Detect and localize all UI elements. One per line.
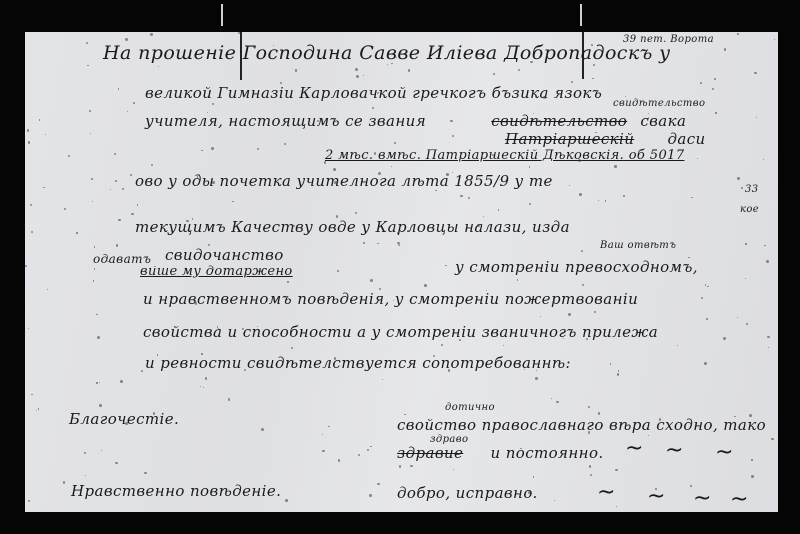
paper-speck [115,462,117,464]
superscript-insert: дотично [445,402,495,413]
manuscript-page: 39 пет. Ворота На прошенiе Господина Сав… [25,32,778,512]
paper-speck [492,154,494,156]
paper-speck [600,268,601,269]
paper-speck [377,243,379,245]
paper-speck [118,219,121,222]
paper-speck [337,270,339,272]
paper-speck [25,265,27,267]
paper-speck [153,412,155,414]
paper-speck [741,187,743,189]
paper-speck [529,166,530,167]
paper-speck [120,380,123,383]
paper-speck [408,69,410,71]
paper-speck [680,136,681,137]
mounting-pin [580,4,582,26]
paper-speck [410,465,413,468]
paper-speck [503,345,504,346]
paper-speck [391,166,392,167]
paper-speck [363,242,365,244]
paper-speck [363,75,364,76]
paper-speck [767,336,770,339]
paper-speck [593,64,595,66]
paper-speck [746,323,748,325]
paper-speck [616,506,617,507]
paper-speck [64,208,66,210]
paper-speck [445,265,446,266]
paper-speck [724,48,727,51]
paper-speck [84,452,86,454]
paper-speck [127,111,128,112]
paper-speck [131,213,134,216]
paper-speck [701,297,703,299]
paper-speck [543,96,546,99]
paper-speck [369,494,372,497]
paper-speck [31,394,33,396]
paper-speck [521,267,522,268]
text-line-7: текущимъ Качеству овде у Карловцы налази… [135,218,570,236]
paper-speck [201,150,203,152]
paper-speck [705,284,707,286]
paper-speck [581,250,583,252]
struck-text: здравие [397,444,463,462]
paper-speck [533,476,534,477]
paper-speck [424,284,427,287]
paper-speck [529,203,531,205]
paper-speck [766,260,769,263]
paper-speck [391,63,393,65]
paper-speck [677,345,678,346]
paper-speck [446,173,449,176]
paper-speck [598,200,600,202]
filler-tilde: ~ [715,440,733,465]
paper-speck [238,32,240,34]
paper-speck [90,133,91,134]
paper-speck [655,488,657,490]
paper-speck [115,180,117,182]
superscript-insert: кое [740,204,759,215]
paper-speck [483,216,484,217]
paper-speck [768,347,769,348]
paper-speck [285,499,288,502]
paper-speck [338,459,340,461]
paper-speck [125,422,127,424]
text-line-1: На прошенiе Господина Савве Илiева Добро… [103,42,671,64]
paper-speck [554,500,555,501]
paper-speck [756,117,757,118]
paper-speck [284,143,286,145]
paper-speck [150,33,153,36]
paper-speck [99,382,101,384]
paper-speck [200,386,202,388]
paper-speck [453,469,454,470]
paper-speck [614,165,616,167]
text-line-8: свидочанство [165,246,284,264]
paper-speck [228,398,231,401]
paper-speck [291,347,293,349]
paper-speck [118,88,119,89]
paper-speck [714,78,715,79]
paper-speck [737,33,739,35]
paper-speck [610,363,611,364]
paper-speck [774,39,775,40]
paper-speck [96,382,97,383]
paper-speck [712,88,714,90]
paper-speck [205,377,207,379]
paper-speck [723,337,726,340]
paper-speck [394,142,396,144]
paper-speck [571,81,573,83]
paper-speck [592,78,594,80]
paper-speck [763,159,764,160]
paper-speck [586,338,588,340]
paper-speck [358,454,360,456]
text-segment: учителя, настоящимъ се звания [145,112,426,130]
paper-speck [764,245,765,246]
paper-speck [706,318,708,320]
text-line-10: свойства и способности а у смотренiи зва… [143,323,658,341]
paper-speck [39,119,41,121]
paper-speck [91,178,93,180]
paper-speck [737,177,740,180]
paper-speck [208,244,210,246]
paper-speck [771,438,774,441]
paper-speck [133,102,135,104]
paper-speck [322,434,323,435]
paper-speck [257,148,259,150]
filler-tilde: ~ [693,486,711,511]
paper-speck [322,450,324,452]
paper-speck [47,289,49,291]
text-line-9: и нравственномъ повѣденiя, у смотренiи п… [143,290,638,308]
paper-speck [372,107,374,109]
paper-speck [382,379,384,381]
paper-speck [232,201,234,203]
paper-speck [754,72,757,75]
paper-speck [28,500,30,502]
section-text-conduct: добро, исправнo. [397,484,538,502]
paper-speck [459,339,461,341]
paper-speck [203,387,204,388]
paper-speck [28,328,29,329]
paper-speck [97,336,100,339]
section-label-conduct: Нравственно повѣденiе. [71,482,281,500]
text-line-4: Патрiаршескiй даси [505,130,706,148]
filler-tilde: ~ [730,487,748,512]
paper-speck [99,404,102,407]
paper-speck [707,286,708,287]
paper-speck [374,152,377,155]
paper-speck [333,168,336,171]
paper-speck [38,408,40,410]
paper-speck [355,212,357,214]
section-label-piety: Благочестiе. [69,410,179,428]
paper-speck [355,68,358,71]
paper-speck [68,155,70,157]
paper-speck [518,69,520,71]
paper-speck [468,197,470,199]
paper-speck [158,66,159,67]
section-text-piety: свойство православнаго вѣра сходно, тако [397,416,766,434]
paper-speck [277,298,279,300]
paper-speck [615,469,617,471]
paper-speck [556,401,558,403]
paper-speck [43,187,45,189]
paper-speck [157,354,159,356]
paper-speck [579,193,582,196]
text-line-5: 2 мѣс. вмѣс. Патрiаршескiй Дѣковскiя. об… [325,148,685,163]
paper-speck [141,370,143,372]
paper-speck [209,90,211,92]
paper-speck [435,190,436,191]
paper-speck [137,204,139,206]
paper-speck [92,201,93,202]
paper-speck [605,200,607,202]
paper-speck [45,134,47,136]
paper-speck [569,185,570,186]
paper-speck [533,113,534,114]
paper-speck [441,344,443,346]
paper-speck [715,112,716,113]
paper-speck [591,44,593,46]
paper-speck [745,278,746,279]
paper-speck [151,164,153,166]
paper-speck [498,209,500,211]
paper-speck [450,120,453,123]
mounting-pin [221,4,223,26]
paper-speck [448,369,450,371]
paper-speck [697,158,698,159]
text-segment: даси [667,130,705,148]
paper-speck [85,475,86,476]
paper-speck [528,491,531,494]
paper-speck [334,181,337,184]
paper-speck [144,472,146,474]
filler-tilde: ~ [625,436,643,461]
paper-speck [648,435,649,436]
paper-speck [623,195,625,197]
paper-speck [122,188,124,190]
paper-speck [36,410,37,411]
paper-speck [617,373,620,376]
paper-speck [356,75,359,78]
paper-speck [421,183,422,184]
paper-speck [30,204,32,206]
text-line-3: учителя, настоящимъ се звания свидѣтельс… [145,112,686,130]
paper-speck [96,314,98,316]
text-line-11: и ревности свидѣтелствуется сопотребован… [145,354,571,372]
paper-speck [745,243,746,244]
text-segment: и постоянно. [490,444,603,462]
paper-speck [700,82,702,84]
paper-speck [493,73,495,75]
paper-speck [398,244,400,246]
paper-speck [598,412,600,414]
paper-speck [89,110,91,112]
paper-speck [287,281,288,282]
struck-text: Патрiаршескiй [505,130,634,148]
paper-speck [691,197,692,198]
paper-speck [324,161,326,163]
paper-speck [295,69,298,72]
paper-speck [397,232,398,233]
superscript-insert: Ваш отвѣтъ [600,240,676,251]
paper-speck [76,232,77,233]
paper-speck [648,113,649,114]
paper-speck [737,317,738,318]
paper-speck [116,244,119,247]
paper-speck [477,224,480,227]
paper-speck [690,485,692,487]
paper-speck [589,465,591,467]
paper-speck [212,103,214,105]
paper-speck [93,280,94,281]
paper-speck [94,268,95,269]
struck-text: свидѣтельство [491,112,627,130]
paper-speck [31,231,33,233]
paper-speck [130,174,132,176]
paper-speck [336,215,339,218]
paper-speck [751,459,752,460]
paper-speck [195,302,197,304]
paper-speck [328,426,330,428]
paper-speck [114,153,116,155]
paper-speck [63,481,66,484]
paper-speck [460,195,463,198]
paper-speck [540,316,541,317]
paper-speck [94,246,96,248]
superscript-insert: свидѣтельство [613,98,705,109]
paper-speck [618,370,620,372]
paper-speck [568,313,571,316]
paper-speck [551,398,552,399]
paper-speck [261,428,264,431]
paper-speck [86,42,88,44]
paper-speck [399,465,401,467]
paper-speck [87,65,88,66]
paper-speck [110,189,111,190]
paper-speck [201,353,202,354]
paper-speck [212,181,215,184]
paper-speck [594,311,597,314]
paper-speck [751,475,754,478]
paper-speck [520,448,521,449]
struck-text: више му дотаржено [140,264,293,279]
paper-speck [582,284,584,286]
paper-speck [517,279,518,280]
filler-tilde: ~ [597,480,615,505]
paper-speck [370,446,371,447]
fraction-denominator: 33 [745,184,759,195]
paper-speck [367,449,369,451]
paper-speck [704,362,707,365]
section-text-piety-2: здравие и постоянно. [397,444,604,462]
paper-speck [125,38,127,40]
text-line-2: великой Гимназiи Карловачкой гречкогъ бъ… [145,84,602,102]
text-line-8-end: у смотренiи превосходномъ, [455,258,698,276]
paper-speck [378,172,381,175]
paper-speck [27,129,29,131]
paper-speck [452,135,454,137]
paper-speck [535,377,538,380]
paper-speck [588,406,590,408]
paper-speck [101,450,102,451]
paper-speck [211,147,214,150]
paper-speck [370,279,373,282]
paper-speck [377,483,379,485]
paper-speck [588,431,590,433]
text-segment: свака [640,112,686,130]
paper-speck [590,474,592,476]
paper-speck [28,141,31,144]
filler-tilde: ~ [665,438,683,463]
